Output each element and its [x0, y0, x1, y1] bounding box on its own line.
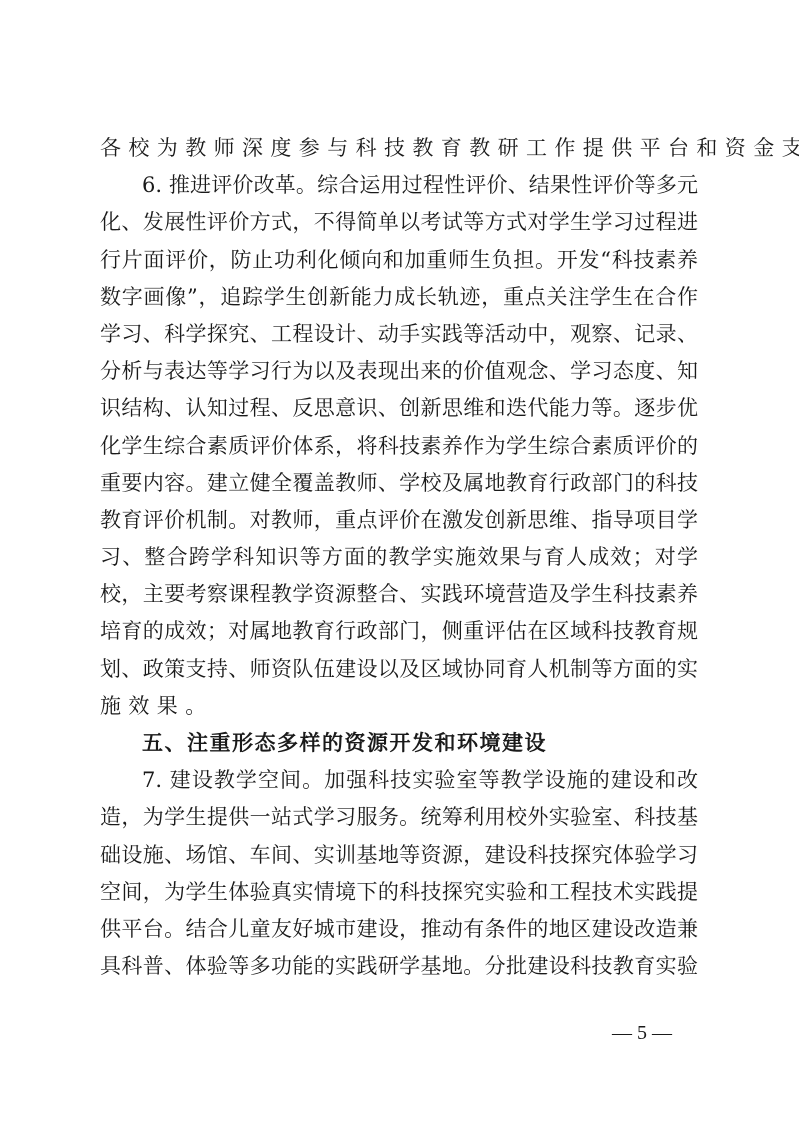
paragraph-line: 造，为学生提供一站式学习服务。统筹利用校外实验室、科技基	[100, 799, 698, 836]
paragraph-line: 划、政策支持、师资队伍建设以及区域协同育人机制等方面的实	[100, 651, 698, 688]
body-text: 各校为教师深度参与科技教育教研工作提供平台和资金支持。 6. 推进评价改革。综合…	[100, 130, 698, 985]
paragraph-line: 供平台。结合儿童友好城市建设，推动有条件的地区建设改造兼	[100, 911, 698, 948]
document-page: 各校为教师深度参与科技教育教研工作提供平台和资金支持。 6. 推进评价改革。综合…	[0, 0, 799, 1135]
paragraph-line: 习、整合跨学科知识等方面的教学实施效果与育人成效；对学	[100, 539, 698, 576]
paragraph-line: 重要内容。建立健全覆盖教师、学校及属地教育行政部门的科技	[100, 465, 698, 502]
paragraph-line: 础设施、场馆、车间、实训基地等资源，建设科技探究体验学习	[100, 837, 698, 874]
paragraph-line: 化、发展性评价方式，不得简单以考试等方式对学生学习过程进	[100, 204, 698, 241]
paragraph-line: 教育评价机制。对教师，重点评价在激发创新思维、指导项目学	[100, 502, 698, 539]
paragraph-line: 分析与表达等学习行为以及表现出来的价值观念、学习态度、知	[100, 353, 698, 390]
paragraph-line: 行片面评价，防止功利化倾向和加重师生负担。开发“科技素养	[100, 242, 698, 279]
item-7-heading-line: 7. 建设教学空间。加强科技实验室等教学设施的建设和改	[100, 762, 698, 799]
paragraph-line: 学习、科学探究、工程设计、动手实践等活动中，观察、记录、	[100, 316, 698, 353]
paragraph-line: 具科普、体验等多功能的实践研学基地。分批建设科技教育实验	[100, 948, 698, 985]
paragraph-line: 校，主要考察课程教学资源整合、实践环境营造及学生科技素养	[100, 576, 698, 613]
paragraph-line: 施效果。	[100, 688, 698, 725]
item-6-heading-line: 6. 推进评价改革。综合运用过程性评价、结果性评价等多元	[100, 167, 698, 204]
paragraph-line: 识结构、认知过程、反思意识、创新思维和迭代能力等。逐步优	[100, 390, 698, 427]
paragraph-line: 化学生综合素质评价体系，将科技素养作为学生综合素质评价的	[100, 428, 698, 465]
paragraph-line: 空间，为学生体验真实情境下的科技探究实验和工程技术实践提	[100, 874, 698, 911]
section-heading: 五、注重形态多样的资源开发和环境建设	[100, 725, 698, 762]
page-number: — 5 —	[612, 1020, 672, 1046]
paragraph-line: 培育的成效；对属地教育行政部门，侧重评估在区域科技教育规	[100, 613, 698, 650]
paragraph-line: 各校为教师深度参与科技教育教研工作提供平台和资金支持。	[100, 130, 698, 167]
paragraph-line: 数字画像”，追踪学生创新能力成长轨迹，重点关注学生在合作	[100, 279, 698, 316]
